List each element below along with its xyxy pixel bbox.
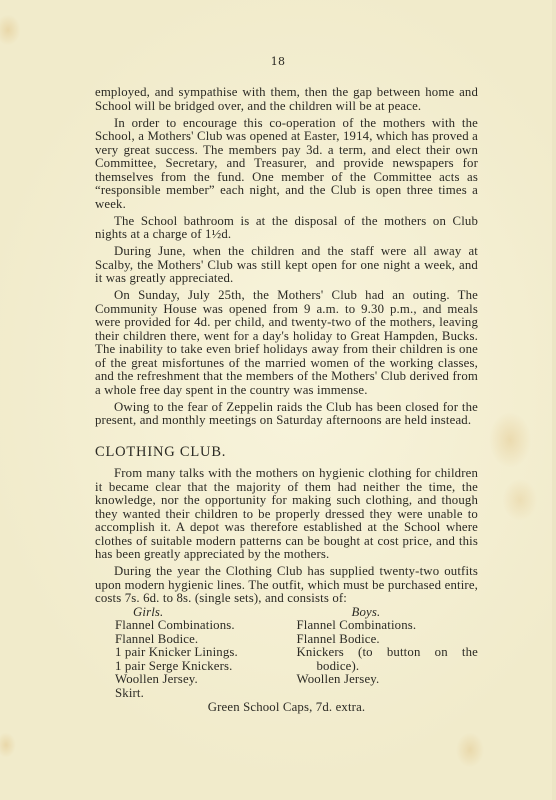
boys-title: Boys. [297,606,479,620]
boys-items-list: Flannel Combinations. Flannel Bodice. Kn… [297,619,479,687]
list-item: Skirt. [115,687,297,701]
list-item: Flannel Bodice. [297,633,479,647]
list-item: 1 pair Knicker Linings. [115,646,297,660]
outfit-lists: Girls. Flannel Combinations. Flannel Bod… [95,606,478,701]
girls-title: Girls. [115,606,297,620]
paragraph-mothers-club: In order to encourage this co-operation … [95,117,478,212]
paragraph-outing: On Sunday, July 25th, the Mothers' Club … [95,289,478,397]
page-edge [552,0,556,800]
list-item: Woollen Jersey. [297,673,479,687]
paragraph-bathroom: The School bathroom is at the disposal o… [95,215,478,242]
list-item: Flannel Bodice. [115,633,297,647]
list-item: Flannel Combinations. [297,619,479,633]
girls-outfit-column: Girls. Flannel Combinations. Flannel Bod… [115,606,297,701]
girls-items-list: Flannel Combinations. Flannel Bodice. 1 … [115,619,297,700]
list-item: Knickers (to button on the bodice). [297,646,479,673]
paragraph-clothing-intro: From many talks with the mothers on hygi… [95,467,478,562]
extra-caps-note: Green School Caps, 7d. extra. [95,701,478,715]
paragraph-zeppelin: Owing to the fear of Zeppelin raids the … [95,401,478,428]
list-item: 1 pair Serge Knickers. [115,660,297,674]
boys-outfit-column: Boys. Flannel Combinations. Flannel Bodi… [297,606,479,701]
list-item: Flannel Combinations. [115,619,297,633]
paragraph-clothing-outfits: During the year the Clothing Club has su… [95,565,478,606]
paragraph-continuation: employed, and sympathise with them, then… [95,86,478,113]
page-number: 18 [0,55,556,68]
body-text: employed, and sympathise with them, then… [95,86,478,715]
document-page: 18 employed, and sympathise with them, t… [0,0,556,800]
section-heading-clothing-club: CLOTHING CLUB. [95,446,478,460]
paragraph-june: During June, when the children and the s… [95,245,478,286]
list-item: Woollen Jersey. [115,673,297,687]
